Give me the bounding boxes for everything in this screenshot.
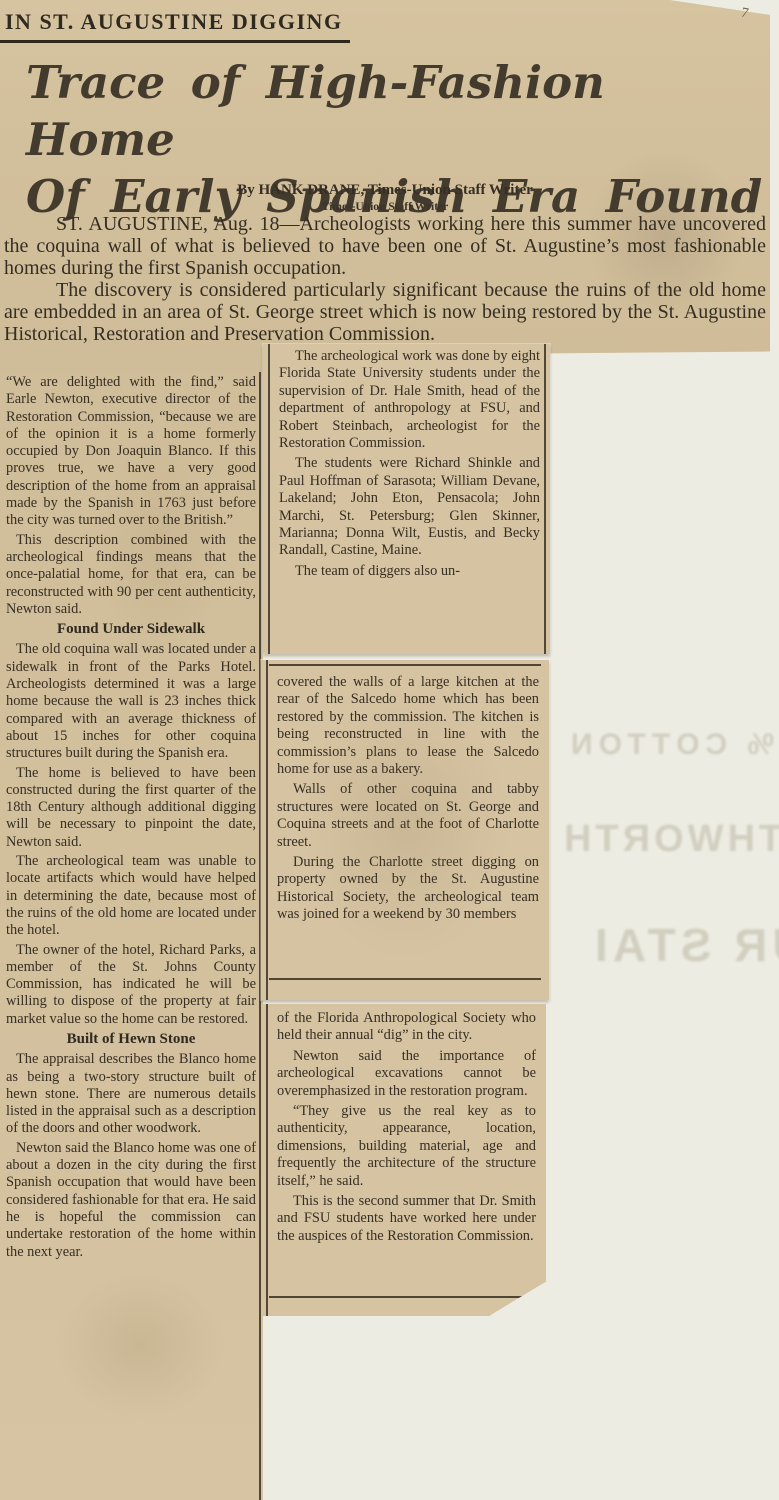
lead-section: ST. AUGUSTINE, Aug. 18—Archeologists wor…: [4, 213, 766, 345]
clipping-middle-block-1: The archeological work was done by eight…: [263, 344, 550, 654]
section-subhead: Found Under Sidewalk: [6, 621, 256, 638]
kicker-headline: IN ST. AUGUSTINE DIGGING: [5, 9, 343, 35]
middle-column-text: of the Florida Anthropological Society w…: [277, 1010, 536, 1314]
clipping-middle-block-2: covered the walls of a large kitchen at …: [261, 660, 549, 1000]
paragraph: Newton said the importance of archeologi…: [277, 1048, 536, 1100]
lead-paragraph: ST. AUGUSTINE, Aug. 18—Archeologists wor…: [4, 213, 766, 279]
byline: By HANK DRANE, Times-Union Staff Writer: [0, 182, 770, 199]
paragraph: During the Charlotte street digging on p…: [277, 854, 539, 924]
paragraph: The team of diggers also un-: [279, 563, 540, 580]
column-rule: [266, 1004, 268, 1316]
newspaper-scan-page: IN ST. AUGUSTINE DIGGING Trace of High-F…: [0, 0, 779, 1500]
section-subhead: Built of Hewn Stone: [6, 1031, 256, 1048]
left-column: “We are delighted with the find,” said E…: [6, 374, 256, 1498]
paragraph: The old coquina wall was located under a…: [6, 641, 256, 762]
paragraph: The owner of the hotel, Richard Parks, a…: [6, 942, 256, 1028]
paragraph: Newton said the Blanco home was one of a…: [6, 1140, 256, 1261]
bleedthrough-text: UTHWORTH: [560, 818, 779, 861]
paragraph: This is the second summer that Dr. Smith…: [277, 1193, 536, 1245]
headline-line-1: Trace of High-Fashion Home: [26, 54, 770, 168]
paragraph: “We are delighted with the find,” said E…: [6, 374, 256, 530]
bleedthrough-text: UR STAI: [590, 918, 779, 972]
paragraph: This description combined with the arche…: [6, 532, 256, 618]
paragraph: The home is believed to have been constr…: [6, 765, 256, 851]
horizontal-rule: [269, 664, 541, 666]
paragraph: Walls of other coquina and tabby structu…: [277, 781, 539, 851]
middle-column-text: The archeological work was done by eight…: [279, 348, 540, 652]
main-headline: Trace of High-Fashion Home Of Early Span…: [0, 54, 770, 225]
paragraph: The archeological team was unable to loc…: [6, 853, 256, 939]
paragraph: The appraisal describes the Blanco home …: [6, 1051, 256, 1137]
lead-paragraph: The discovery is considered particularly…: [4, 279, 766, 345]
byline-secondary: Times-Union Staff Writer: [0, 201, 770, 213]
paragraph: The archeological work was done by eight…: [279, 348, 540, 452]
clipping-middle-block-3: of the Florida Anthropological Society w…: [261, 1004, 546, 1316]
paragraph: “They give us the real key as to authent…: [277, 1103, 536, 1190]
column-rule: [544, 344, 546, 654]
bleedthrough-text: 5% COTTON: [565, 728, 779, 762]
column-rule: [268, 344, 270, 654]
column-rule: [266, 660, 268, 1000]
kicker-underline-rule: [0, 40, 350, 43]
paragraph: The students were Richard Shinkle and Pa…: [279, 455, 540, 559]
paragraph: of the Florida Anthropological Society w…: [277, 1010, 536, 1045]
middle-column-text: covered the walls of a large kitchen at …: [277, 674, 539, 998]
paragraph: covered the walls of a large kitchen at …: [277, 674, 539, 778]
